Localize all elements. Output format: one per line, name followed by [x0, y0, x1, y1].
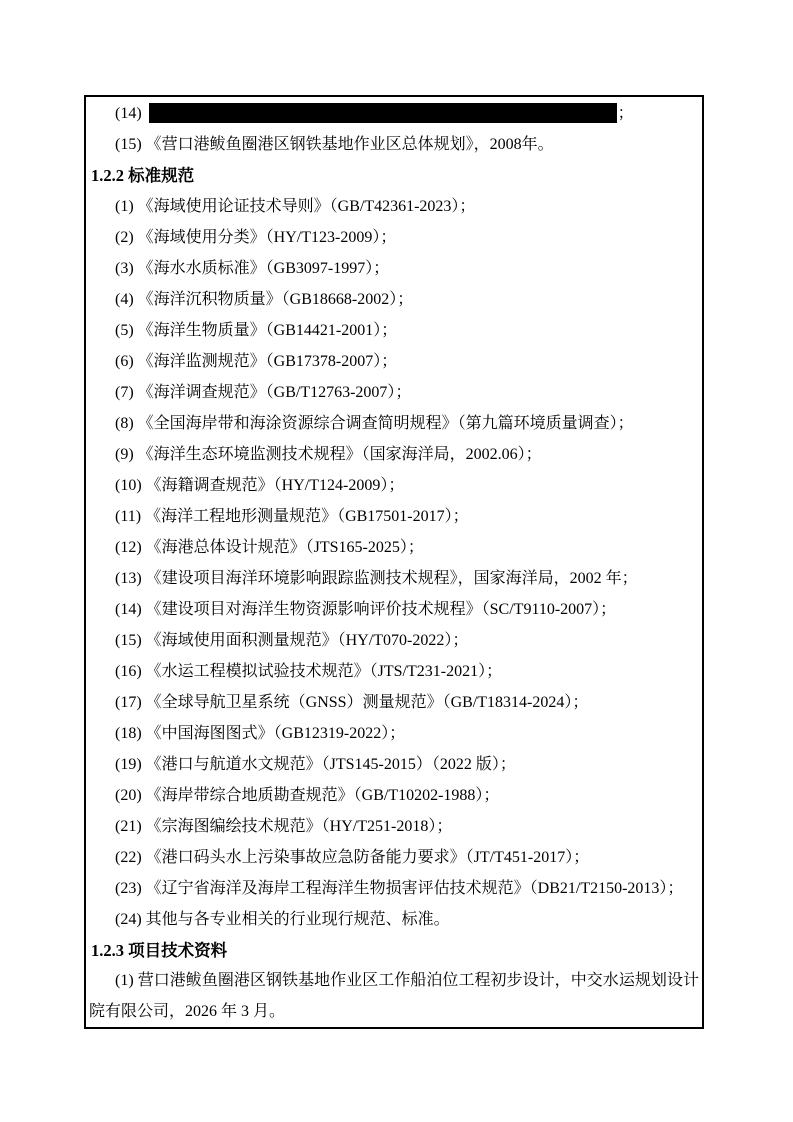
technical-data-paragraph: (1) 营口港鲅鱼圈港区钢铁基地作业区工作船泊位工程初步设计，中交水运规划设计院… [89, 966, 699, 1027]
standard-item: (6) 《海洋监测规范》（GB17378-2007）； [89, 346, 699, 377]
document-table-cell: (14)； (15) 《营口港鲅鱼圈港区钢铁基地作业区总体规划》，2008年。 … [84, 95, 704, 1029]
standard-item: (7) 《海洋调查规范》（GB/T12763-2007）； [89, 377, 699, 408]
list-item-15: (15) 《营口港鲅鱼圈港区钢铁基地作业区总体规划》，2008年。 [89, 129, 699, 160]
standard-item: (24) 其他与各专业相关的行业现行规范、标准。 [89, 904, 699, 935]
standard-item: (17) 《全球导航卫星系统（GNSS）测量规范》（GB/T18314-2024… [89, 687, 699, 718]
standard-item: (8) 《全国海岸带和海涂资源综合调查简明规程》（第九篇环境质量调查）； [89, 408, 699, 439]
standard-item: (21) 《宗海图编绘技术规范》（HY/T251-2018）； [89, 811, 699, 842]
standard-item: (15) 《海域使用面积测量规范》（HY/T070-2022）； [89, 625, 699, 656]
section-heading-1-2-3: 1.2.3 项目技术资料 [89, 935, 699, 966]
standard-item: (11) 《海洋工程地形测量规范》（GB17501-2017）； [89, 501, 699, 532]
standard-item: (2) 《海域使用分类》（HY/T123-2009）； [89, 222, 699, 253]
section-heading-1-2-2: 1.2.2 标准规范 [89, 160, 699, 191]
standard-item: (4) 《海洋沉积物质量》（GB18668-2002）； [89, 284, 699, 315]
standard-item: (22) 《港口码头水上污染事故应急防备能力要求》（JT/T451-2017）； [89, 842, 699, 873]
list-item-14-redacted: (14)； [89, 98, 699, 129]
standard-item: (1) 《海域使用论证技术导则》（GB/T42361-2023）； [89, 191, 699, 222]
standard-item: (16) 《水运工程模拟试验技术规范》（JTS/T231-2021）； [89, 656, 699, 687]
standard-item: (10) 《海籍调查规范》（HY/T124-2009）； [89, 470, 699, 501]
standard-item: (5) 《海洋生物质量》（GB14421-2001）； [89, 315, 699, 346]
standard-item: (12) 《海港总体设计规范》（JTS165-2025）； [89, 532, 699, 563]
redaction-bar [149, 103, 617, 123]
item-14-suffix: ； [618, 105, 634, 122]
standard-item: (20) 《海岸带综合地质勘查规范》（GB/T10202-1988）； [89, 780, 699, 811]
standard-item: (3) 《海水水质标准》（GB3097-1997）； [89, 253, 699, 284]
standard-item: (14) 《建设项目对海洋生物资源影响评价技术规程》（SC/T9110-2007… [89, 594, 699, 625]
standard-item: (9) 《海洋生态环境监测技术规程》（国家海洋局，2002.06）； [89, 439, 699, 470]
standard-item: (19) 《港口与航道水文规范》（JTS145-2015）（2022 版）； [89, 749, 699, 780]
standard-item: (13) 《建设项目海洋环境影响跟踪监测技术规程》，国家海洋局，2002 年； [89, 563, 699, 594]
standard-item: (23) 《辽宁省海洋及海岸工程海洋生物损害评估技术规范》（DB21/T2150… [89, 873, 699, 904]
standard-item: (18) 《中国海图图式》（GB12319-2022）； [89, 718, 699, 749]
item-14-label: (14) [115, 105, 142, 122]
